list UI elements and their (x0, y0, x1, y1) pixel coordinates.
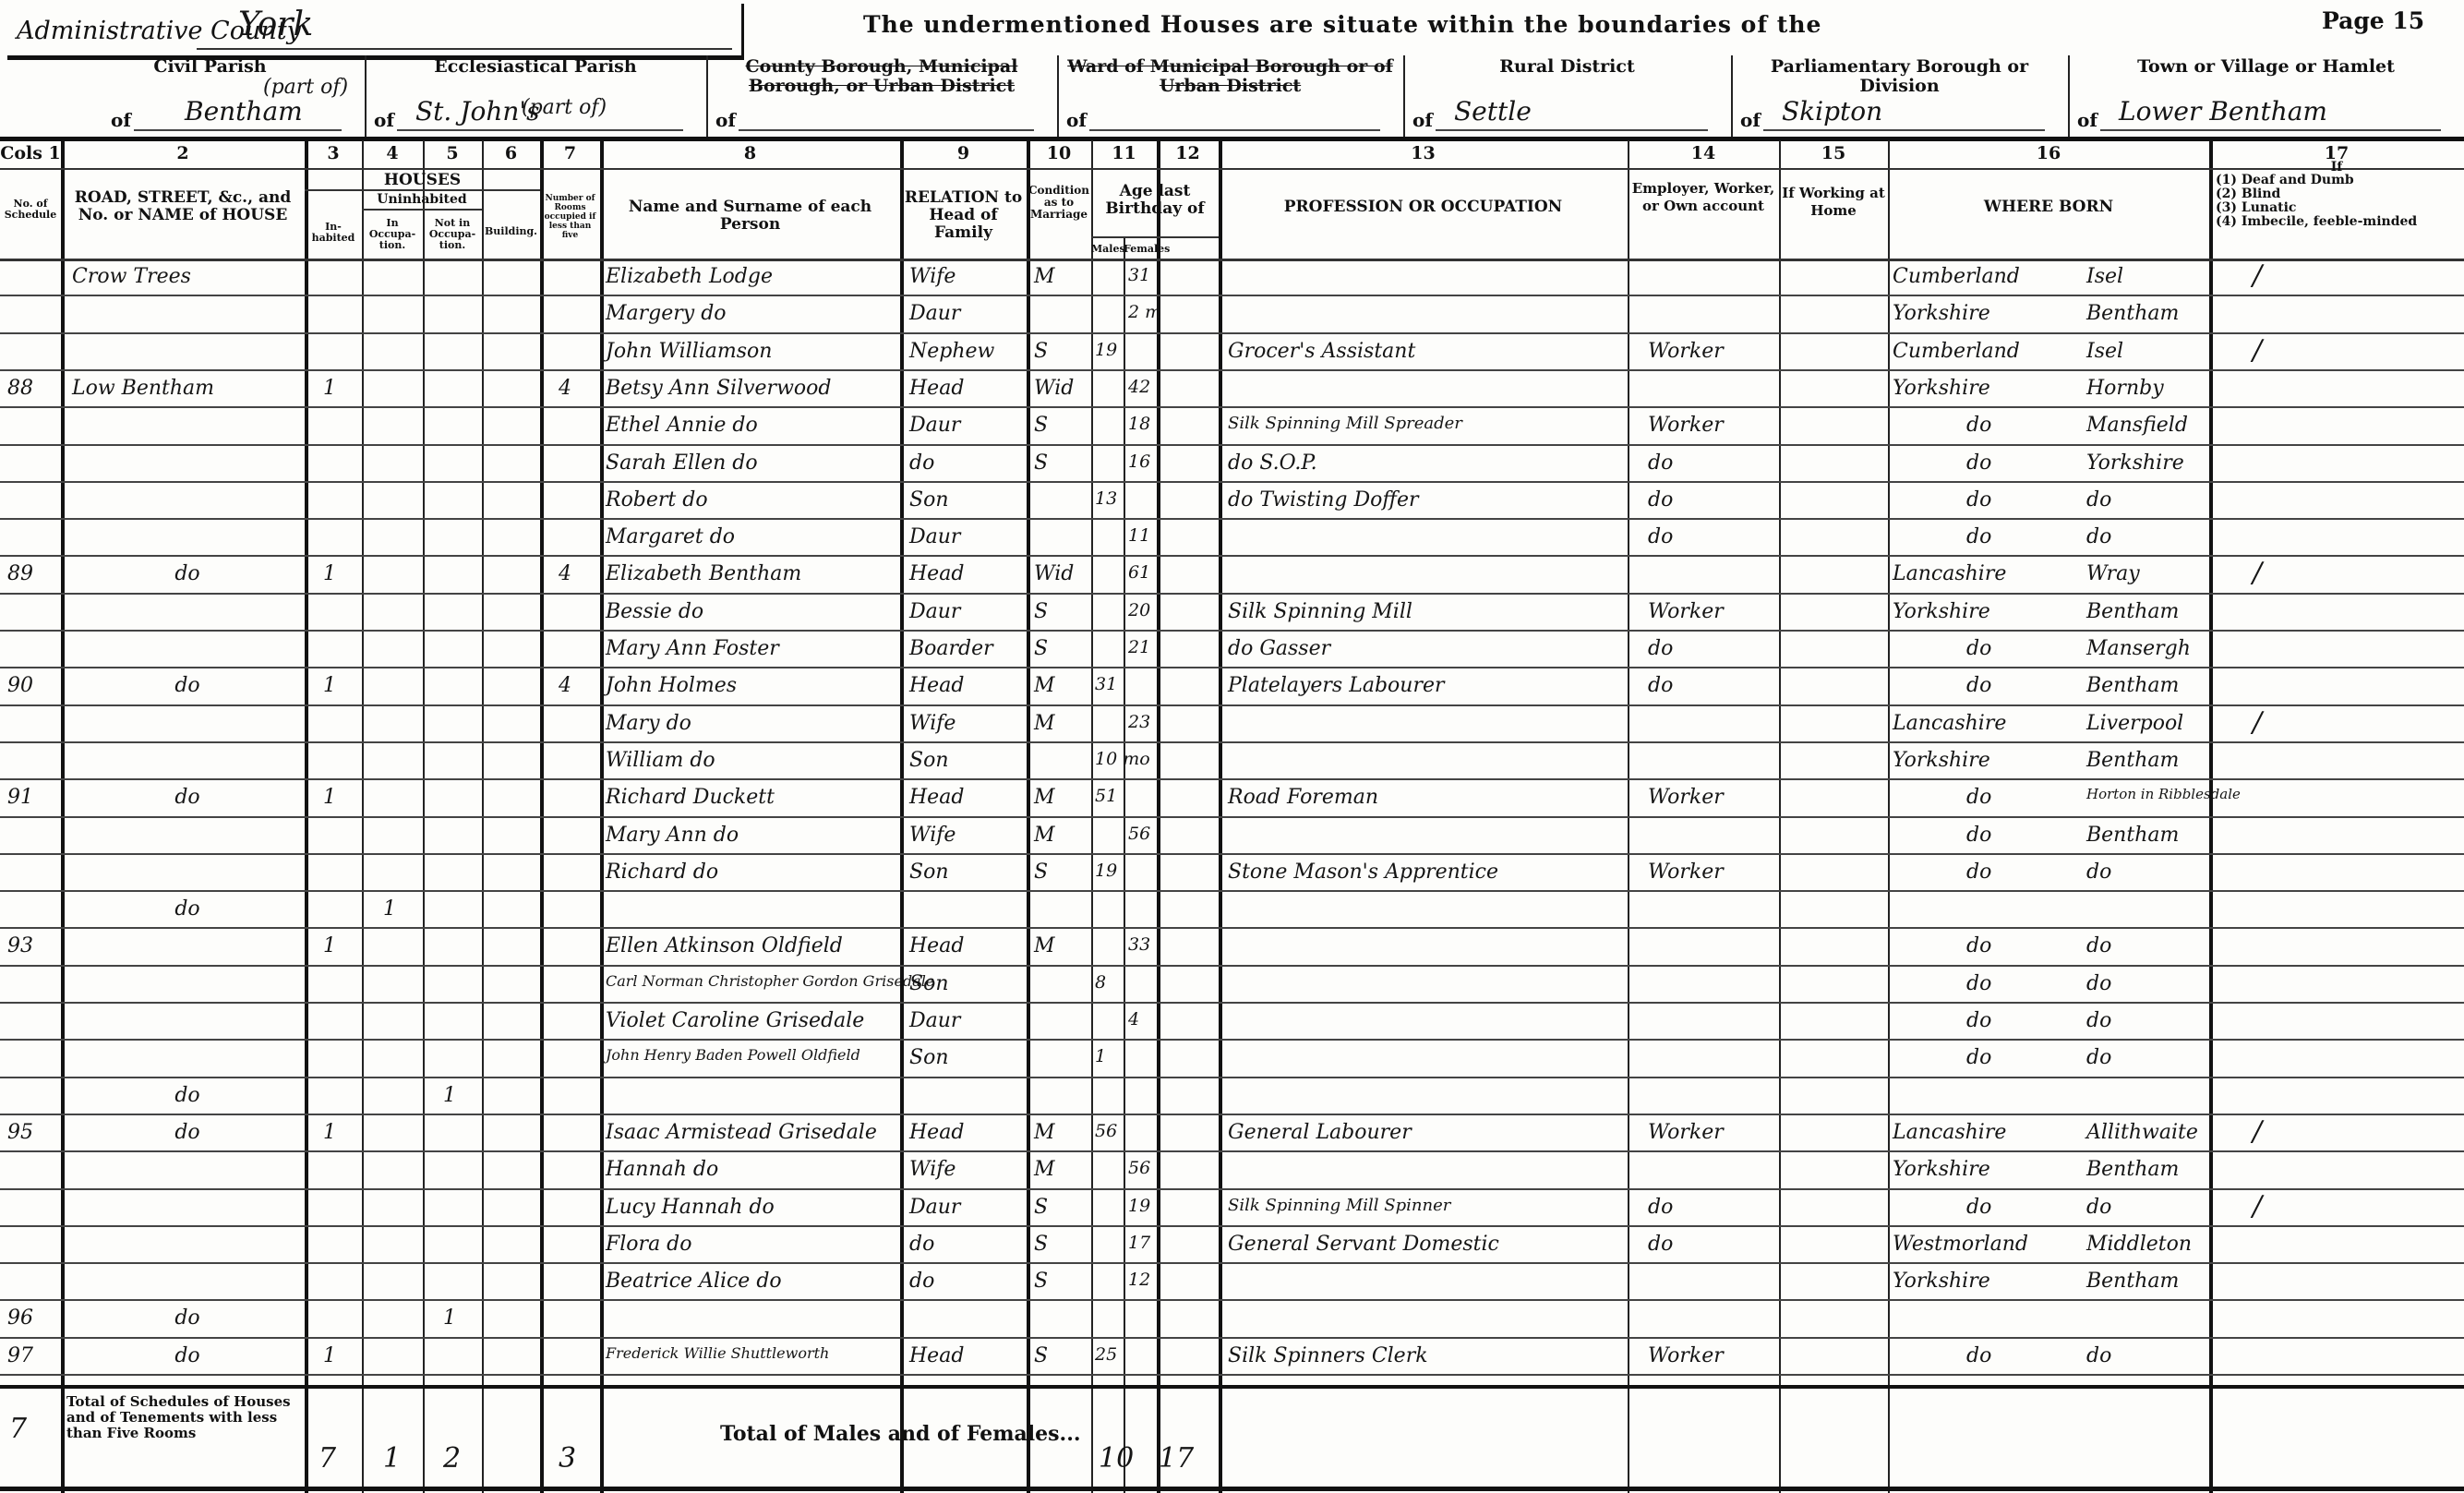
occupation: General Labourer (1228, 1121, 1625, 1144)
column-number: 9 (900, 143, 1027, 163)
person-name: Hannah do (606, 1158, 901, 1181)
table-row: William doSon10 moYorkshireBentham (0, 745, 2464, 782)
row-rule (0, 1299, 2464, 1301)
table-row: 91do1Richard DuckettHeadM51Road ForemanW… (0, 782, 2464, 819)
birth-county: do (1966, 452, 1991, 475)
inhabited-count: 1 (323, 1344, 351, 1367)
birth-county: do (1966, 824, 1991, 847)
birth-place: Isel (2086, 265, 2123, 288)
boundary-note: (part of) (263, 76, 348, 99)
birth-place: do (2086, 488, 2111, 512)
relation: Nephew (909, 340, 1025, 363)
row-rule (0, 593, 2464, 595)
relation: Daur (909, 600, 1025, 623)
person-name: Mary Ann do (606, 824, 901, 847)
employer-status: do (1648, 525, 1777, 548)
header-rooms: Number of Rooms occupied if less than fi… (540, 194, 600, 240)
birth-county: Cumberland (1893, 340, 2020, 363)
road-name: Low Bentham (72, 377, 303, 400)
uninhabited-not-in-occupation: 1 (443, 1084, 471, 1107)
row-rule (0, 1188, 2464, 1190)
occupation: Grocer's Assistant (1228, 340, 1625, 363)
column-number-rule (0, 168, 2464, 170)
row-rule (0, 1262, 2464, 1264)
birth-place: do (2086, 1196, 2111, 1219)
male-age: 8 (1095, 972, 1132, 993)
table-row: John Henry Baden Powell OldfieldSon1dodo (0, 1042, 2464, 1079)
table-row: Margery doDaur2 mYorkshireBentham (0, 298, 2464, 335)
occupation: do Twisting Doffer (1228, 488, 1625, 512)
birth-county: Yorkshire (1893, 1158, 1990, 1181)
boundary-of-label: of (1066, 109, 1087, 131)
male-age: 31 (1095, 674, 1132, 694)
header-houses: HOUSES (305, 172, 540, 189)
table-row: Violet Caroline GrisedaleDaur4dodo (0, 1005, 2464, 1042)
table-row: Margaret doDaur11dododo (0, 522, 2464, 559)
row-rule (0, 927, 2464, 929)
employer-status: Worker (1648, 340, 1777, 363)
birth-county: do (1966, 637, 1991, 660)
person-name: Carl Norman Christopher Gordon Grisedale (606, 972, 901, 990)
female-age: 17 (1128, 1233, 1165, 1253)
male-age: 51 (1095, 786, 1132, 806)
schedule-number: 88 (7, 377, 58, 400)
marital-condition: M (1034, 934, 1089, 957)
female-age: 56 (1128, 1158, 1165, 1178)
footer-top-rule (0, 1385, 2464, 1389)
row-rule (0, 1002, 2464, 1004)
employer-status: Worker (1648, 1121, 1777, 1144)
inhabited-count: 1 (323, 562, 351, 585)
infirmity-mark: / (2253, 334, 2262, 367)
relation: do (909, 1270, 1025, 1293)
row-rule (0, 778, 2464, 780)
female-age: 21 (1128, 637, 1165, 657)
birth-county: do (1966, 525, 1991, 548)
row-rule (0, 1150, 2464, 1152)
table-row: do1 (0, 1080, 2464, 1117)
row-rule (0, 816, 2464, 818)
row-rule (0, 1114, 2464, 1115)
person-name: Margery do (606, 302, 901, 325)
relation: Wife (909, 1158, 1025, 1181)
marital-condition: S (1034, 600, 1089, 623)
row-rule (0, 741, 2464, 743)
total-females: 17 (1159, 1442, 1194, 1475)
marital-condition: M (1034, 1121, 1089, 1144)
total-rooms: 3 (559, 1442, 576, 1475)
inhabited-count: 1 (323, 934, 351, 957)
relation: Head (909, 377, 1025, 400)
schedule-number: 91 (7, 786, 58, 809)
infirmity-mark: / (2253, 1190, 2262, 1222)
relation: do (909, 452, 1025, 475)
boundary-underline (397, 129, 683, 131)
road-name: do (72, 897, 303, 921)
occupation: Silk Spinning Mill Spinner (1228, 1196, 1625, 1215)
birth-place: Allithwaite (2086, 1121, 2198, 1144)
birth-place: Hornby (2086, 377, 2164, 400)
table-row: Richard doSonS19Stone Mason's Apprentice… (0, 857, 2464, 894)
inhabited-count: 1 (323, 674, 351, 697)
birth-county: Yorkshire (1893, 749, 1990, 772)
person-name: Beatrice Alice do (606, 1270, 901, 1293)
marital-condition: Wid (1034, 377, 1089, 400)
person-name: Ethel Annie do (606, 414, 901, 437)
person-name: Mary Ann Foster (606, 637, 901, 660)
boundary-label: Ecclesiastical Parish (365, 57, 706, 77)
rooms-count: 4 (559, 562, 586, 585)
boundary-underline (134, 129, 342, 131)
header-schedule: No. of Schedule (0, 199, 61, 221)
marital-condition: S (1034, 1196, 1089, 1219)
schedule-number: 93 (7, 934, 58, 957)
boundary-of-label: of (1412, 109, 1433, 131)
row-rule (0, 853, 2464, 855)
person-name: John Henry Baden Powell Oldfield (606, 1046, 901, 1064)
birth-county: Westmorland (1893, 1233, 2028, 1256)
road-name: do (72, 1344, 303, 1367)
row-rule (0, 332, 2464, 334)
person-name: Frederick Willie Shuttleworth (606, 1344, 901, 1362)
male-age: 25 (1095, 1344, 1132, 1365)
male-age: 56 (1095, 1121, 1132, 1141)
header-males: Males (1091, 244, 1124, 255)
row-rule (0, 1225, 2464, 1227)
road-name: do (72, 1084, 303, 1107)
marital-condition: M (1034, 674, 1089, 697)
boundary-note: (part of) (522, 96, 607, 119)
birth-county: do (1966, 674, 1991, 697)
schedule-number: 97 (7, 1344, 58, 1367)
boundary-of-label: of (111, 109, 131, 131)
table-row: Mary doWifeM23LancashireLiverpool/ (0, 708, 2464, 745)
road-name: do (72, 562, 303, 585)
column-number: 10 (1027, 143, 1091, 163)
person-name: Flora do (606, 1233, 901, 1256)
birth-place: Mansfield (2086, 414, 2188, 437)
relation: Wife (909, 824, 1025, 847)
header-working-at-home: If Working at Home (1779, 185, 1888, 220)
birth-place: Bentham (2086, 302, 2179, 325)
table-row: 95do1Isaac Armistead GrisedaleHeadM56Gen… (0, 1117, 2464, 1154)
employer-status: Worker (1648, 1344, 1777, 1367)
boundary-underline (1089, 129, 1380, 131)
road-name: do (72, 674, 303, 697)
row-rule (0, 630, 2464, 632)
birth-place: Yorkshire (2086, 452, 2184, 475)
employer-status: do (1648, 637, 1777, 660)
birth-place: do (2086, 1344, 2111, 1367)
column-number: 14 (1628, 143, 1779, 163)
column-number: 15 (1779, 143, 1888, 163)
female-age: 33 (1128, 934, 1165, 955)
person-name: Mary do (606, 712, 901, 735)
marital-condition: S (1034, 340, 1089, 363)
row-rule (0, 295, 2464, 296)
column-number: Cols 1 (0, 143, 61, 163)
header-condition: Condition as to Marriage (1027, 185, 1091, 221)
table-row: Lucy Hannah doDaurS19Silk Spinning Mill … (0, 1192, 2464, 1229)
inhabited-count: 1 (323, 377, 351, 400)
boundary-label: County Borough, Municipal Borough, or Ur… (706, 57, 1057, 96)
birth-county: do (1966, 1196, 1991, 1219)
birth-place: Horton in Ribblesdale (2086, 786, 2241, 802)
birth-place: do (2086, 1009, 2111, 1032)
footer-bottom-rule (0, 1487, 2464, 1491)
marital-condition: M (1034, 786, 1089, 809)
female-age: 2 m (1128, 302, 1165, 322)
person-name: William do (606, 749, 901, 772)
relation: Son (909, 749, 1025, 772)
column-number: 3 (305, 143, 362, 163)
boundary-of-label: of (715, 109, 736, 131)
female-age: 42 (1128, 377, 1165, 397)
relation: Head (909, 1344, 1025, 1367)
person-name: Lucy Hannah do (606, 1196, 901, 1219)
birth-place: do (2086, 934, 2111, 957)
birth-place: Middleton (2086, 1233, 2192, 1256)
relation: Boarder (909, 637, 1025, 660)
boundary-of-label: of (1740, 109, 1761, 131)
female-age: 19 (1128, 1196, 1165, 1216)
column-number: 6 (482, 143, 540, 163)
boundary-label: Parliamentary Borough or Division (1731, 57, 2068, 96)
birth-county: do (1966, 1344, 1991, 1367)
birth-place: Bentham (2086, 674, 2179, 697)
boundary-label: Ward of Municipal Borough or of Urban Di… (1057, 57, 1403, 96)
relation: Daur (909, 414, 1025, 437)
person-name: Isaac Armistead Grisedale (606, 1121, 901, 1144)
male-age: 13 (1095, 488, 1132, 509)
table-row: 96do1 (0, 1303, 2464, 1340)
marital-condition: S (1034, 637, 1089, 660)
birth-place: do (2086, 1046, 2111, 1069)
relation: Head (909, 1121, 1025, 1144)
table-row: Robert doSon13do Twisting Dofferdododo (0, 485, 2464, 522)
person-name: Bessie do (606, 600, 901, 623)
birth-county: do (1966, 488, 1991, 512)
birth-county: Lancashire (1893, 562, 2006, 585)
birth-county: Lancashire (1893, 1121, 2006, 1144)
birth-place: do (2086, 525, 2111, 548)
uninhabited-rule (362, 209, 482, 211)
column-number: 2 (61, 143, 305, 163)
person-name: Ellen Atkinson Oldfield (606, 934, 901, 957)
person-name: Betsy Ann Silverwood (606, 377, 901, 400)
boundary-of-label: of (374, 109, 394, 131)
uninhabited-in-occupation: 1 (383, 897, 411, 921)
boundary-of-label: of (2077, 109, 2097, 131)
occupation: Silk Spinners Clerk (1228, 1344, 1625, 1367)
birth-county: do (1966, 786, 1991, 809)
occupation: Platelayers Labourer (1228, 674, 1625, 697)
total-uninhabited-in-occupation: 1 (383, 1442, 401, 1475)
table-row: Crow TreesElizabeth LodgeWifeM31Cumberla… (0, 261, 2464, 298)
relation: Daur (909, 1196, 1025, 1219)
total-males: 10 (1099, 1442, 1134, 1475)
row-rule (0, 1374, 2464, 1376)
header-not-in-occupation: Not in Occupa-tion. (423, 218, 482, 251)
table-row: 89do14Elizabeth BenthamHeadWid61Lancashi… (0, 559, 2464, 596)
table-row: Hannah doWifeM56YorkshireBentham (0, 1154, 2464, 1191)
column-number: 4 (362, 143, 423, 163)
male-age: 19 (1095, 340, 1132, 360)
female-age: 12 (1128, 1270, 1165, 1290)
table-row: 90do14John HolmesHeadM31Platelayers Labo… (0, 670, 2464, 707)
occupation: General Servant Domestic (1228, 1233, 1625, 1256)
infirmity-mark: / (2253, 1115, 2262, 1148)
boundary-underline (739, 129, 1034, 131)
marital-condition: S (1034, 1344, 1089, 1367)
employer-status: do (1648, 1196, 1777, 1219)
row-rule (0, 406, 2464, 408)
marital-condition: S (1034, 861, 1089, 884)
relation: Son (909, 488, 1025, 512)
birth-county: Yorkshire (1893, 1270, 1990, 1293)
birth-county: do (1966, 1046, 1991, 1069)
row-rule (0, 481, 2464, 483)
birth-county: Lancashire (1893, 712, 2006, 735)
column-number: 7 (540, 143, 600, 163)
infirmity-mark: / (2253, 557, 2262, 589)
marital-condition: M (1034, 265, 1089, 288)
table-row: Ethel Annie doDaurS18Silk Spinning Mill … (0, 410, 2464, 447)
marital-condition: M (1034, 824, 1089, 847)
person-name: Elizabeth Bentham (606, 562, 901, 585)
occupation: Silk Spinning Mill Spreader (1228, 414, 1625, 433)
male-age: 10 mo (1095, 749, 1132, 769)
relation: Son (909, 861, 1025, 884)
column-number: 16 (1888, 143, 2209, 163)
row-rule (0, 704, 2464, 706)
employer-status: Worker (1648, 786, 1777, 809)
birth-county: do (1966, 934, 1991, 957)
boundary-label: Rural District (1403, 57, 1731, 77)
boundary-label: Civil Parish (55, 57, 365, 77)
header-occupation: PROFESSION OR OCCUPATION (1219, 199, 1628, 216)
female-age: 11 (1128, 525, 1165, 546)
marital-condition: M (1034, 712, 1089, 735)
female-age: 18 (1128, 414, 1165, 434)
boundary-label: Town or Village or Hamlet (2068, 57, 2464, 77)
infirmity-mark: / (2253, 706, 2262, 739)
birth-place: Bentham (2086, 1270, 2179, 1293)
rooms-count: 4 (559, 377, 586, 400)
row-rule (0, 1077, 2464, 1078)
table-row: Mary Ann doWifeM56doBentham (0, 820, 2464, 857)
occupation: Silk Spinning Mill (1228, 600, 1625, 623)
header-in-occupation: In Occupa-tion. (362, 218, 423, 251)
table-row: Flora dodoS17General Servant DomesticdoW… (0, 1229, 2464, 1266)
header-infirmity: (1) Deaf and Dumb (2) Blind (3) Lunatic … (2216, 174, 2461, 229)
male-age: 1 (1095, 1046, 1132, 1066)
boundary-value: Skipton (1782, 96, 1882, 126)
relation: Head (909, 934, 1025, 957)
occupation: Stone Mason's Apprentice (1228, 861, 1625, 884)
road-name: do (72, 786, 303, 809)
birth-place: Liverpool (2086, 712, 2183, 735)
header-relation: RELATION to Head of Family (900, 189, 1027, 242)
infirmity-mark: / (2253, 259, 2262, 292)
birth-county: Cumberland (1893, 265, 2020, 288)
administrative-county-box: Administrative County York (7, 4, 744, 60)
table-row: Mary Ann FosterBoarderS21do GasserdodoMa… (0, 633, 2464, 670)
table-row: Sarah Ellen dodoS16do S.O.P.dodoYorkshir… (0, 448, 2464, 485)
boundary-underline (1436, 129, 1708, 131)
row-rule (0, 1039, 2464, 1041)
person-name: Elizabeth Lodge (606, 265, 901, 288)
column-number: 11 (1091, 143, 1157, 163)
female-age: 56 (1128, 824, 1165, 844)
header-uninhabited: Uninhabited (362, 191, 482, 209)
female-age: 4 (1128, 1009, 1165, 1029)
page-title: The undermentioned Houses are situate wi… (863, 11, 1821, 38)
birth-place: Isel (2086, 340, 2123, 363)
rooms-count: 4 (559, 674, 586, 697)
person-name: Richard do (606, 861, 901, 884)
schedule-number: 90 (7, 674, 58, 697)
table-row: 88Low Bentham14Betsy Ann SilverwoodHeadW… (0, 373, 2464, 410)
marital-condition: S (1034, 452, 1089, 475)
census-page: Administrative County York The underment… (0, 0, 2464, 1493)
schedule-number: 96 (7, 1306, 58, 1330)
schedule-number: 95 (7, 1121, 58, 1144)
occupation: do S.O.P. (1228, 452, 1625, 475)
header-building: Building. (482, 226, 540, 237)
female-age: 23 (1128, 712, 1165, 732)
table-row: John WilliamsonNephewS19Grocer's Assista… (0, 336, 2464, 373)
marital-condition: S (1034, 1233, 1089, 1256)
relation: Daur (909, 302, 1025, 325)
row-rule (0, 518, 2464, 520)
birth-county: do (1966, 972, 1991, 995)
header-name: Name and Surname of each Person (600, 199, 900, 234)
employer-status: do (1648, 452, 1777, 475)
marital-condition: S (1034, 414, 1089, 437)
marital-condition: Wid (1034, 562, 1089, 585)
person-name: Margaret do (606, 525, 901, 548)
inhabited-count: 1 (323, 1121, 351, 1144)
total-schedules: 7 (9, 1413, 27, 1445)
total-uninhabited-not-in-occupation: 2 (443, 1442, 461, 1475)
female-age: 16 (1128, 452, 1165, 472)
person-name: John Holmes (606, 674, 901, 697)
total-males-females-label: Total of Males and of Females... (720, 1422, 1081, 1446)
person-name: Violet Caroline Grisedale (606, 1009, 901, 1032)
header-age: Age last Birthday of (1091, 183, 1219, 218)
person-name: Robert do (606, 488, 901, 512)
employer-status: do (1648, 674, 1777, 697)
column-number: 13 (1219, 143, 1628, 163)
relation: Head (909, 562, 1025, 585)
relation: Wife (909, 265, 1025, 288)
column-number: 5 (423, 143, 482, 163)
table-row: Carl Norman Christopher Gordon Grisedale… (0, 969, 2464, 1005)
relation: Daur (909, 525, 1025, 548)
road-name: do (72, 1121, 303, 1144)
relation: Son (909, 1046, 1025, 1069)
header-inhabited: In-habited (305, 222, 362, 244)
birth-county: Yorkshire (1893, 377, 1990, 400)
page-number: Page 15 (2322, 7, 2424, 34)
county-underline (197, 48, 732, 50)
employer-status: do (1648, 1233, 1777, 1256)
relation: Head (909, 786, 1025, 809)
column-number: 12 (1157, 143, 1219, 163)
schedule-number: 89 (7, 562, 58, 585)
column-number: 8 (600, 143, 900, 163)
